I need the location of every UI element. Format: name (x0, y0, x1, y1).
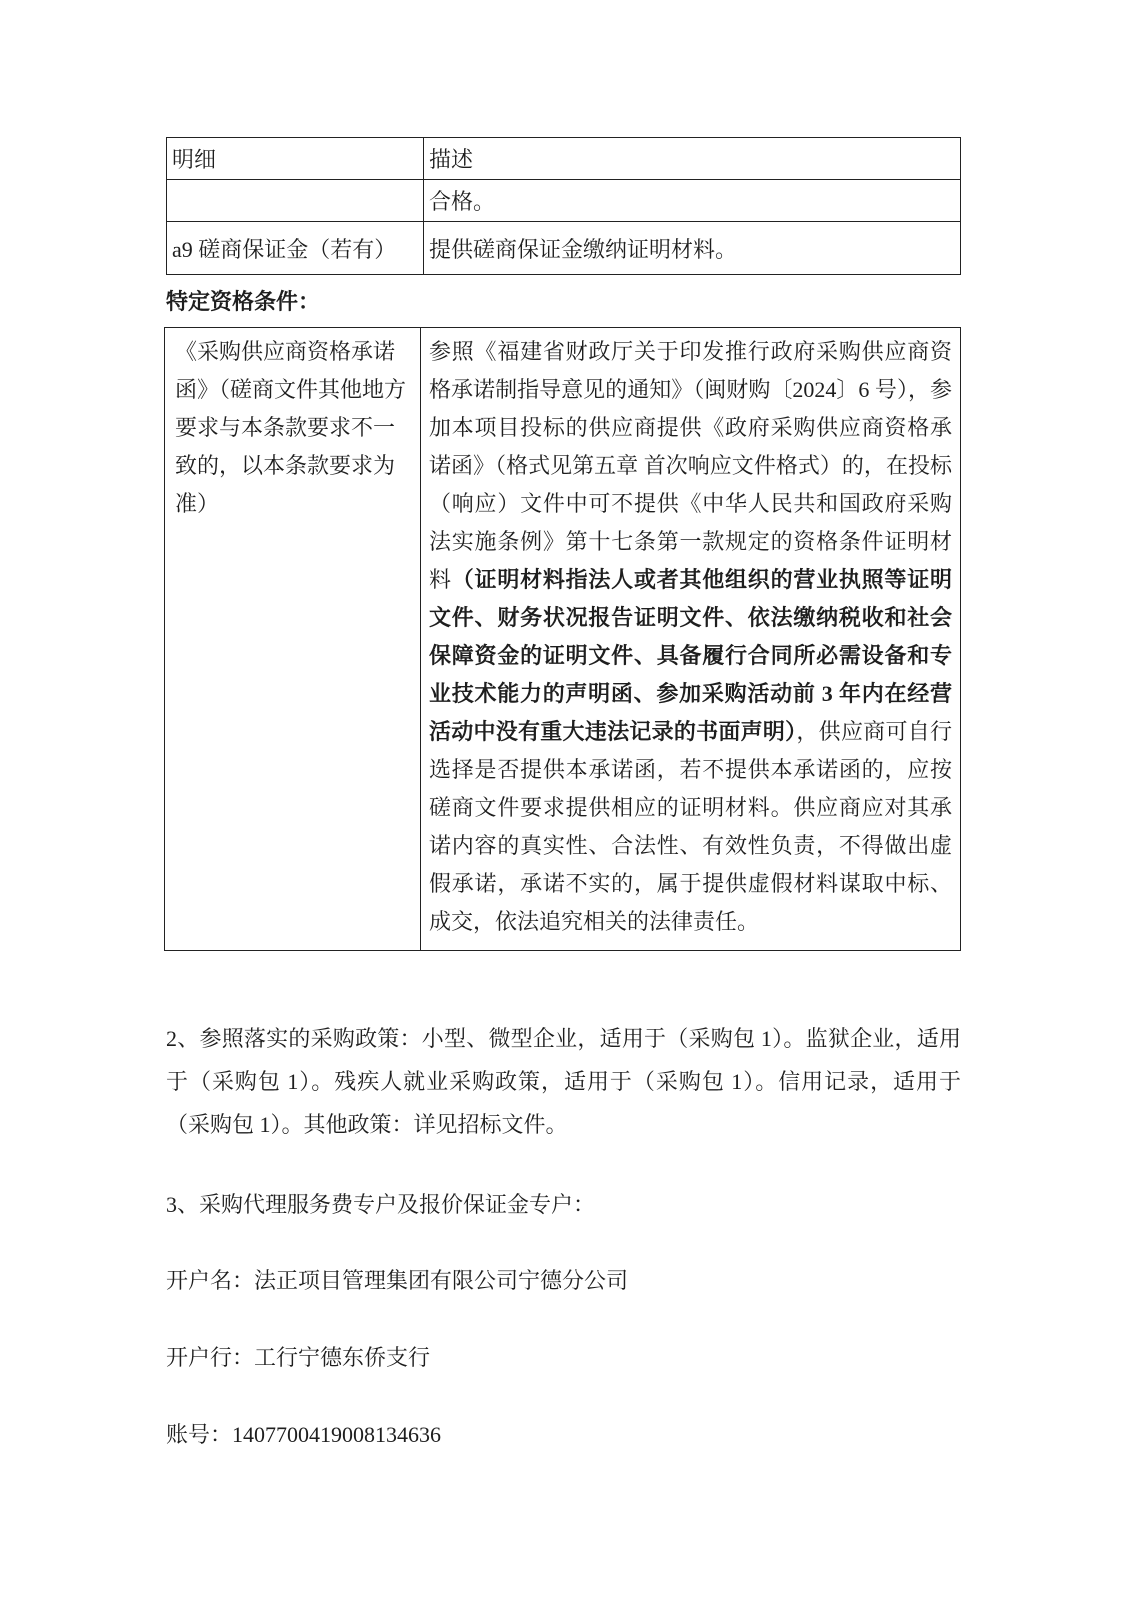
header-cell-desc: 描述 (424, 138, 961, 180)
cell-desc-deposit: 提供磋商保证金缴纳证明材料。 (424, 222, 961, 275)
cell-detail-empty (167, 180, 424, 222)
account-section-title: 3、采购代理服务费专户及报价保证金专户： (166, 1190, 961, 1220)
header-cell-detail: 明细 (167, 138, 424, 180)
table-header-row: 明细 描述 (167, 138, 961, 180)
qualification-desc-cell: 参照《福建省财政厅关于印发推行政府采购供应商资格承诺制指导意见的通知》（闽财购〔… (421, 328, 961, 951)
desc-bold-segment: （证明材料指法人或者其他组织的营业执照等证明文件、财务状况报告证明文件、依法缴纳… (429, 567, 952, 744)
bank-line: 开户行：工行宁德东侨支行 (166, 1343, 961, 1373)
qualification-table: 《采购供应商资格承诺函》（磋商文件其他地方要求与本条款要求不一致的，以本条款要求… (164, 327, 961, 951)
document-page: 明细 描述 合格。 a9 磋商保证金（若有） 提供磋商保证金缴纳证明材料。 特定… (0, 0, 1131, 1600)
account-number-line: 账号：1407700419008134636 (166, 1420, 961, 1450)
qualification-term-cell: 《采购供应商资格承诺函》（磋商文件其他地方要求与本条款要求不一致的，以本条款要求… (165, 328, 421, 951)
section-heading: 特定资格条件： (166, 288, 1131, 316)
cell-detail-deposit: a9 磋商保证金（若有） (167, 222, 424, 275)
table-row: 合格。 (167, 180, 961, 222)
table-row: a9 磋商保证金（若有） 提供磋商保证金缴纳证明材料。 (167, 222, 961, 275)
cell-desc-qualified: 合格。 (424, 180, 961, 222)
qualification-row: 《采购供应商资格承诺函》（磋商文件其他地方要求与本条款要求不一致的，以本条款要求… (165, 328, 961, 951)
policy-paragraph: 2、参照落实的采购政策：小型、微型企业，适用于（采购包 1）。监狱企业，适用于（… (166, 1017, 961, 1146)
account-name-line: 开户名：法正项目管理集团有限公司宁德分公司 (166, 1266, 961, 1296)
desc-regular-segment-1: 参照《福建省财政厅关于印发推行政府采购供应商资格承诺制指导意见的通知》（闽财购〔… (429, 339, 952, 592)
desc-regular-segment-2: ，供应商可自行选择是否提供本承诺函，若不提供本承诺函的，应按磋商文件要求提供相应… (429, 719, 952, 934)
details-table: 明细 描述 合格。 a9 磋商保证金（若有） 提供磋商保证金缴纳证明材料。 (166, 137, 961, 275)
